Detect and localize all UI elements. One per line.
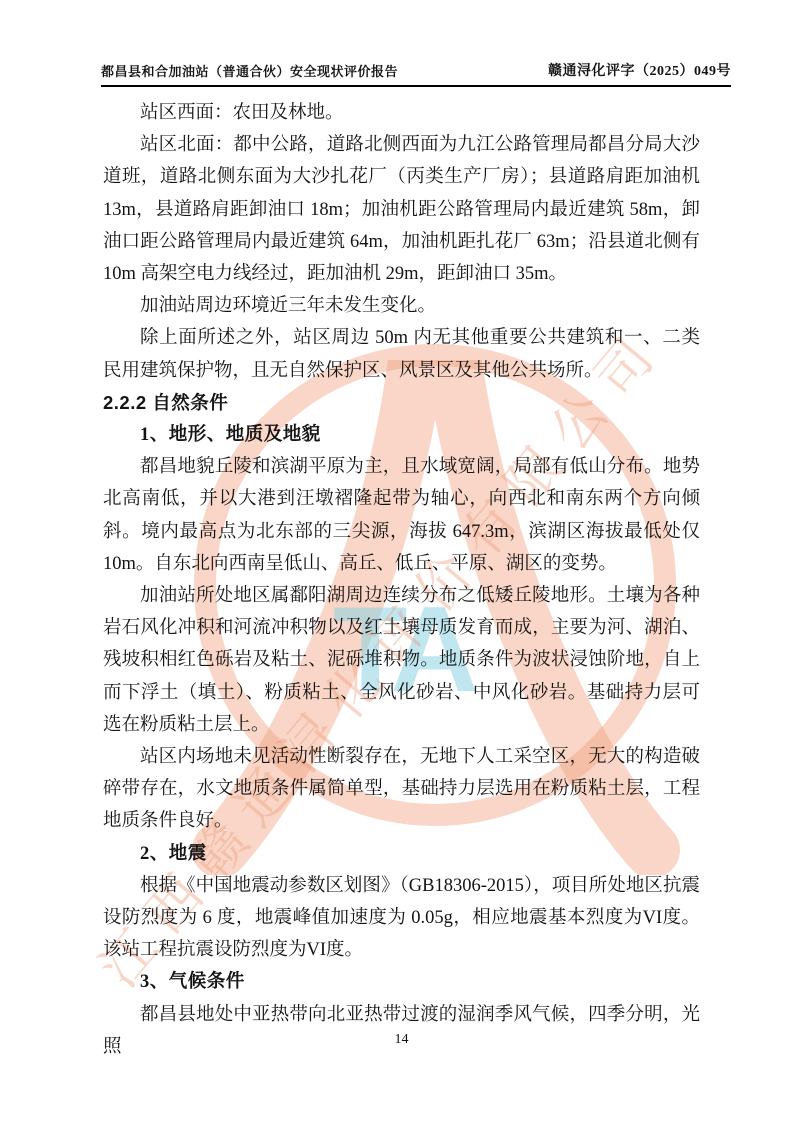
header-report-title: 都昌县和合加油站（普通合伙）安全现状评价报告 <box>101 61 398 80</box>
sub-heading-terrain: 1、地形、地质及地貌 <box>103 419 700 451</box>
paragraph-site-north: 站区北面：都中公路，道路北侧西面为九江公路管理局都昌分局大沙道班，道路北侧东面为… <box>103 129 700 290</box>
paragraph-protection: 除上面所述之外，站区周边 50m 内无其他重要公共建筑和一、二类民用建筑保护物，… <box>103 322 700 386</box>
document-body: 站区西面：农田及林地。 站区北面：都中公路，道路北侧西面为九江公路管理局都昌分局… <box>103 97 700 1063</box>
paragraph-surroundings: 加油站周边环境近三年未发生变化。 <box>103 290 700 322</box>
paragraph-climate: 都昌县地处中亚热带向北亚热带过渡的湿润季风气候，四季分明，光照 <box>103 999 700 1063</box>
paragraph-site-west: 站区西面：农田及林地。 <box>103 97 700 129</box>
paragraph-earthquake: 根据《中国地震动参数区划图》（GB18306-2015），项目所处地区抗震设防烈… <box>103 870 700 967</box>
paragraph-terrain-1: 都昌地貌丘陵和滨湖平原为主，且水域宽阔，局部有低山分布。地势北高南低，并以大港到… <box>103 451 700 580</box>
document-page: TA 江西赣通浔化评价有限公司 都昌县和合加油站（普通合伙）安全现状评价报告 赣… <box>0 0 793 1122</box>
page-footer: 14 <box>103 1032 700 1048</box>
page-number: 14 <box>395 1032 409 1047</box>
paragraph-terrain-2: 加油站所处地区属鄱阳湖周边连续分布之低矮丘陵地形。土壤为各种岩石风化冲积和河流冲… <box>103 580 700 741</box>
sub-heading-earthquake: 2、地震 <box>103 838 700 870</box>
header-document-number: 赣通浔化评字（2025）049号 <box>548 60 731 80</box>
section-heading-natural-conditions: 2.2.2 自然条件 <box>103 387 700 419</box>
sub-heading-climate: 3、气候条件 <box>103 966 700 998</box>
paragraph-terrain-3: 站区内场地未见活动性断裂存在，无地下人工采空区，无大的构造破碎带存在，水文地质条… <box>103 741 700 838</box>
page-header: 都昌县和合加油站（普通合伙）安全现状评价报告 赣通浔化评字（2025）049号 <box>101 60 731 87</box>
